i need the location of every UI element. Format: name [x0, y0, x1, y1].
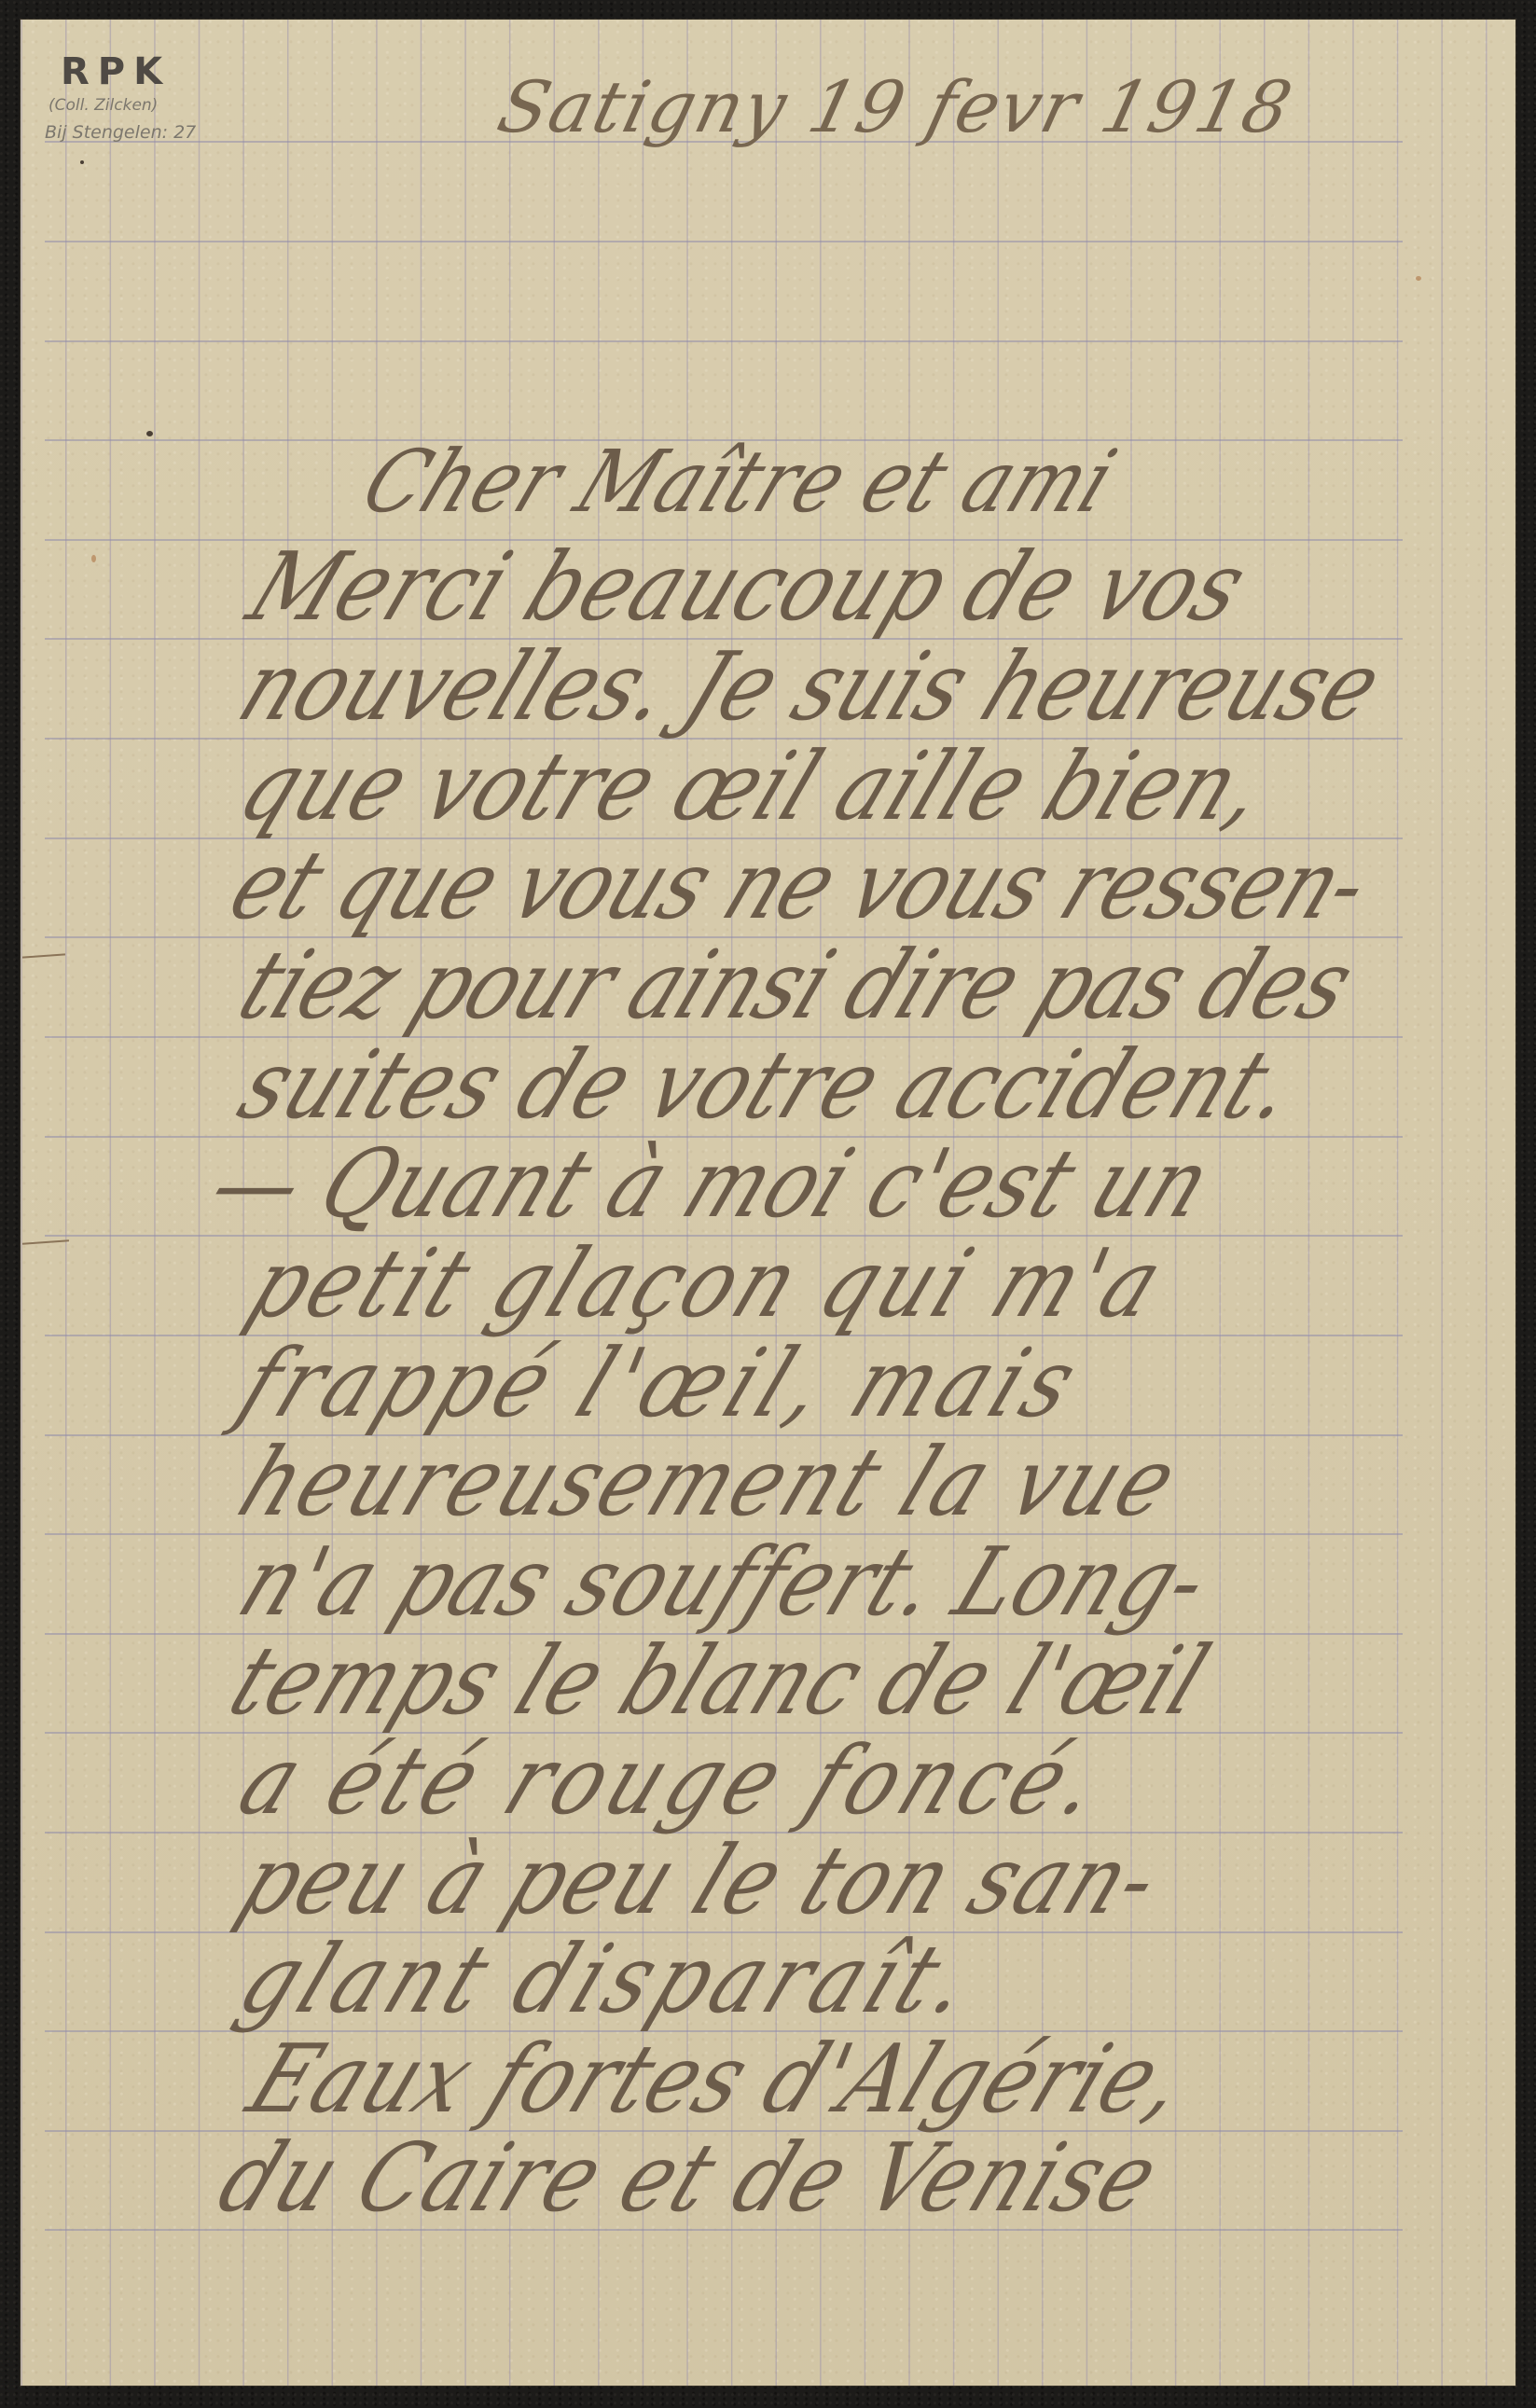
- ink-spot: [80, 160, 84, 164]
- letter-line: du Caire et de Venise: [207, 2131, 1172, 2225]
- letter-dateline: Satigny 19 fevr 1918: [491, 72, 1300, 143]
- letter-line: nouvelles. Je suis heureuse: [228, 640, 1393, 734]
- pencil-reference-note: Bij Stengelen: 27: [45, 124, 196, 142]
- letter-salutation: Cher Maître et ami: [352, 439, 1127, 525]
- pencil-collection-note: (Coll. Zilcken): [48, 98, 158, 114]
- foxing-spot: [1416, 276, 1421, 281]
- ruled-line: [45, 241, 1403, 242]
- letter-line: heureusement la vue: [228, 1435, 1192, 1529]
- letter-line: a été rouge foncé.: [228, 1734, 1119, 1828]
- ruled-line: [45, 340, 1403, 342]
- letter-line: glant disparaît.: [228, 1932, 990, 2027]
- foxing-spot: [91, 555, 96, 562]
- letter-line: petit glaçon qui m'a: [237, 1237, 1178, 1331]
- letter-line: et que vous ne vous ressen-: [218, 838, 1381, 933]
- letter-line: frappé l'œil, mais: [228, 1336, 1095, 1431]
- letter-line: suites de votre accident.: [228, 1038, 1310, 1132]
- letter-line: — Quant à moi c'est un: [198, 1137, 1225, 1231]
- letter-page: RPK (Coll. Zilcken) Bij Stengelen: 27 Sa…: [21, 20, 1515, 2386]
- letter-line: Merci beaucoup de vos: [237, 540, 1260, 634]
- letter-line: n'a pas souffert. Long-: [228, 1535, 1223, 1629]
- archive-stamp: RPK: [61, 53, 171, 90]
- ink-spot: [146, 431, 153, 436]
- letter-line: que votre œil aille bien,: [228, 740, 1280, 834]
- letter-line: temps le blanc de l'œil: [218, 1634, 1221, 1728]
- letter-line: peu à peu le ton san-: [228, 1834, 1174, 1928]
- letter-line: Eaux fortes d'Algérie,: [237, 2032, 1200, 2126]
- letter-line: tiez pour ainsi dire pas des: [228, 938, 1364, 1032]
